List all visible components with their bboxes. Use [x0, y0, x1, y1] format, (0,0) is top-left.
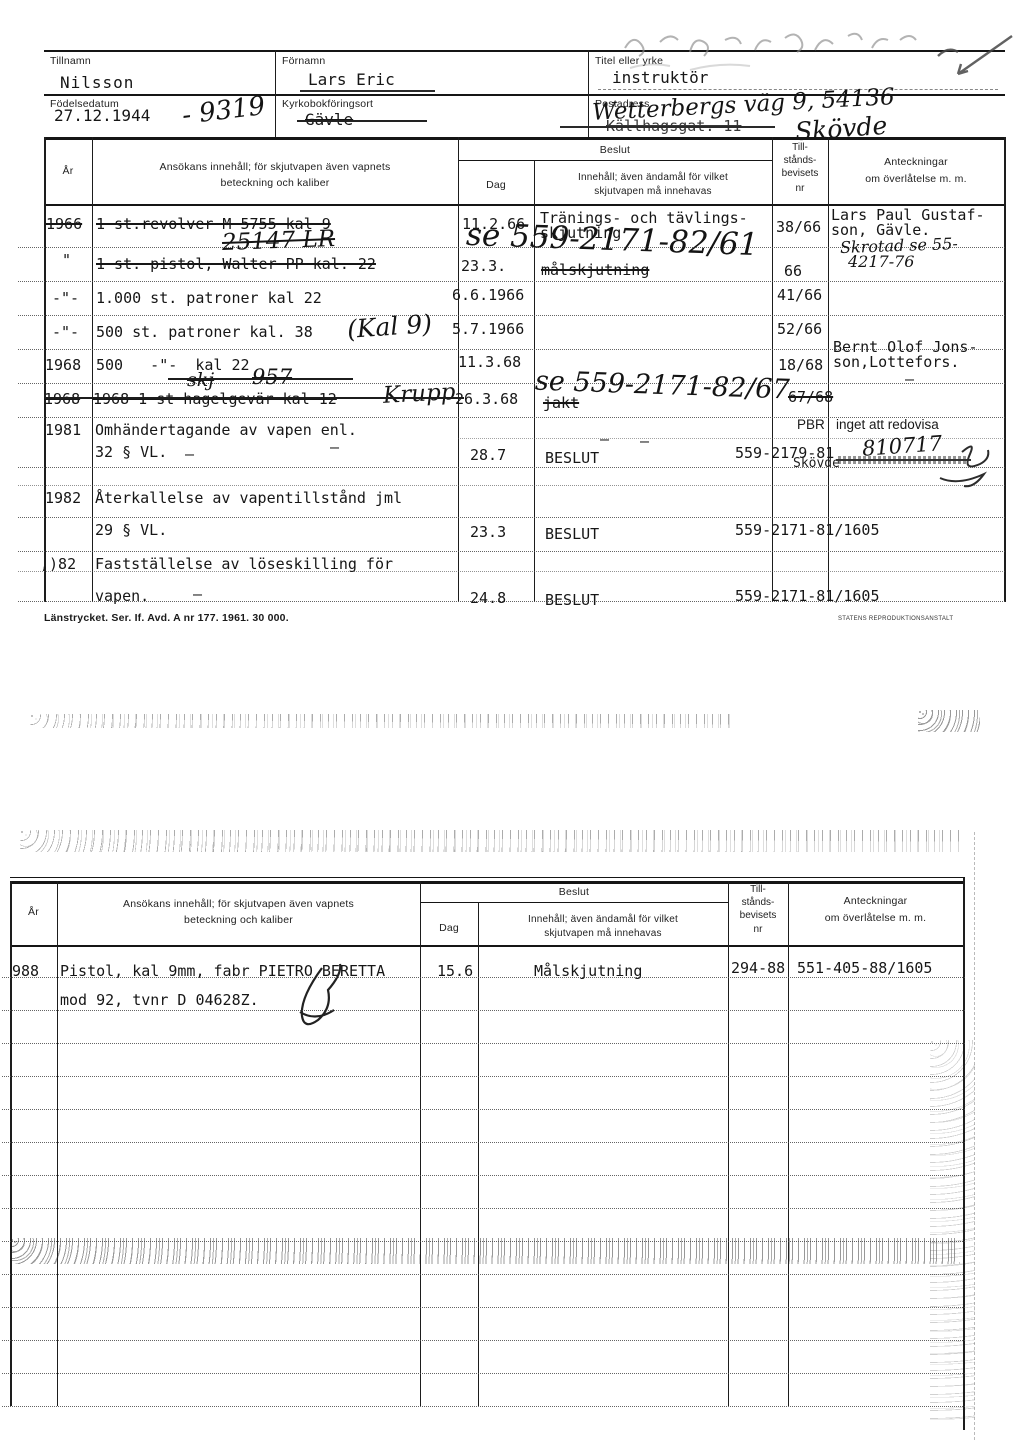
row-line: [2, 1208, 965, 1209]
row-line: [2, 1274, 965, 1275]
row-line: [2, 1373, 965, 1374]
row-line: [2, 1241, 965, 1242]
row-line: [2, 1175, 965, 1176]
row-line: [2, 1076, 965, 1077]
scanned-document: Tillnamn Nilsson Förnamn Lars Eric Titel…: [0, 0, 1024, 1448]
row-line: [2, 1043, 965, 1044]
row-line: [2, 1010, 965, 1011]
row-line: [2, 1307, 965, 1308]
row-line: [2, 1109, 965, 1110]
row-line: [2, 1142, 965, 1143]
row-line: [2, 1406, 965, 1407]
signature-squiggle: [0, 0, 1024, 1100]
row-line: [2, 977, 965, 978]
row-line: [2, 1340, 965, 1341]
